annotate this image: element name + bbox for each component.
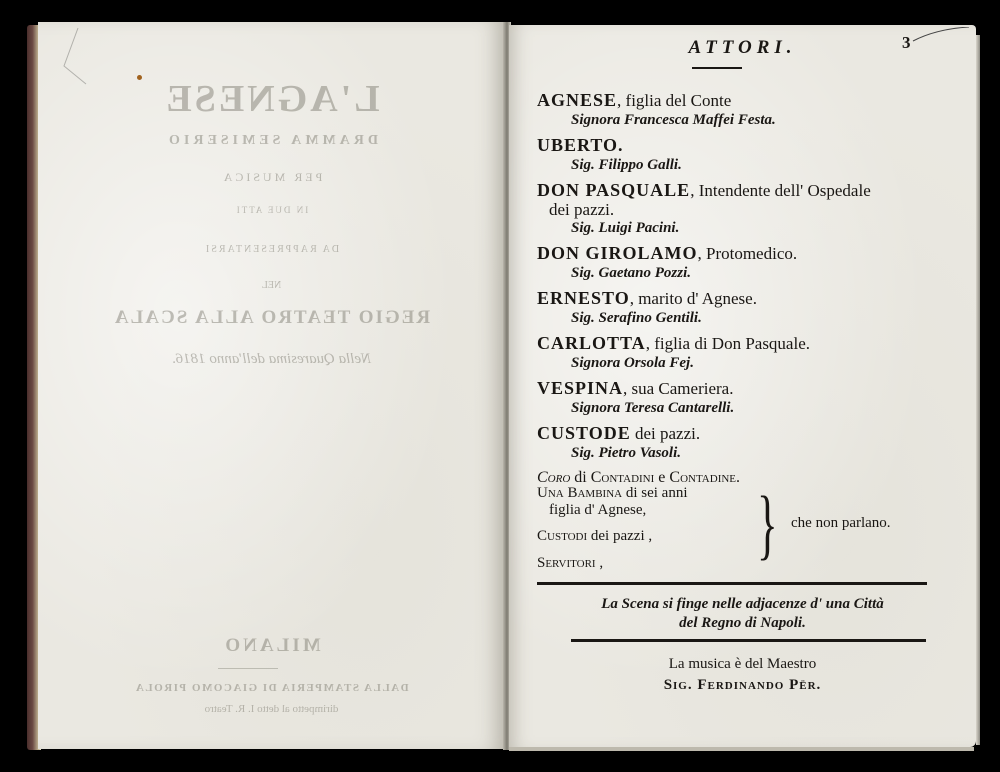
left-page: L'AGNESE DRAMMA SEMISERIO PER MUSICA IN … bbox=[38, 22, 505, 749]
role-name: VESPINA bbox=[537, 378, 623, 398]
cast-list: AGNESE, figlia del Conte Signora Frances… bbox=[537, 90, 957, 488]
cast-entry: UBERTO. Sig. Filippo Galli. bbox=[537, 135, 957, 174]
role-name: Una Bambina bbox=[537, 485, 622, 501]
bleed-line: NEL bbox=[38, 280, 505, 291]
composer-name: Sig. Ferdinando Për. bbox=[509, 675, 976, 696]
role-name: Servitori bbox=[537, 555, 596, 571]
cast-entry: AGNESE, figlia del Conte Signora Frances… bbox=[537, 90, 957, 129]
actor-name: Sig. Serafino Gentili. bbox=[537, 309, 957, 327]
bleed-printer: DALLA STAMPERIA DI GIACOMO PIROLA bbox=[38, 682, 505, 694]
role-description-continued: dei pazzi. bbox=[537, 201, 957, 219]
right-page: 3 ATTORI. AGNESE, figlia del Conte Signo… bbox=[509, 25, 976, 747]
cast-entry: VESPINA, sua Cameriera. Signora Teresa C… bbox=[537, 378, 957, 417]
crease-mark bbox=[48, 26, 128, 86]
bleed-line: PER MUSICA bbox=[38, 170, 505, 185]
scene-setting: La Scena si finge nelle adjacenze d' una… bbox=[509, 595, 976, 633]
bleed-printer-address: dirimpetto al detto I. R. Teatro bbox=[38, 703, 505, 715]
divider-rule bbox=[571, 639, 926, 642]
bleed-rule bbox=[218, 668, 278, 669]
role-description: , figlia di Don Pasquale. bbox=[646, 334, 810, 353]
bleed-theatre: REGIO TEATRO ALLA SCALA bbox=[38, 307, 505, 329]
role-description: , figlia del Conte bbox=[617, 91, 731, 110]
page-edge bbox=[976, 35, 980, 745]
role-description: , Intendente dell' Ospedale bbox=[690, 181, 871, 200]
chorus-label: Coro bbox=[537, 469, 570, 486]
role-description: dei pazzi. bbox=[631, 424, 700, 443]
non-speaking-role-cont: figlia d' Agnese, bbox=[549, 502, 646, 519]
scene-line: La Scena si finge nelle adjacenze d' una… bbox=[509, 595, 976, 614]
page-edge bbox=[509, 747, 974, 751]
role-description: dei pazzi , bbox=[587, 528, 652, 544]
bleed-subtitle: DRAMMA SEMISERIO bbox=[38, 133, 505, 149]
non-speaking-roles: Una Bambina di sei anni figlia d' Agnese… bbox=[537, 485, 957, 585]
chorus-text: di bbox=[570, 469, 590, 486]
actor-name: Sig. Luigi Pacini. bbox=[537, 219, 957, 237]
chorus-text: e bbox=[654, 469, 669, 486]
bleed-season: Nella Quaresima dell'anno 1816. bbox=[38, 351, 505, 368]
cast-entry: CARLOTTA, figlia di Don Pasquale. Signor… bbox=[537, 333, 957, 372]
music-line: La musica è del Maestro bbox=[509, 654, 976, 675]
non-speaking-role: Una Bambina di sei anni bbox=[537, 485, 688, 502]
bleed-line: DA RAPPRESENTARSI bbox=[38, 244, 505, 255]
actor-name: Sig. Pietro Vasoli. bbox=[537, 444, 957, 462]
actor-name: Signora Teresa Cantarelli. bbox=[537, 399, 957, 417]
actor-name: Signora Francesca Maffei Festa. bbox=[537, 111, 957, 129]
role-name: AGNESE bbox=[537, 90, 617, 110]
role-name: DON PASQUALE bbox=[537, 180, 690, 200]
actor-name: Sig. Gaetano Pozzi. bbox=[537, 264, 957, 282]
chorus-group: Contadini bbox=[591, 469, 655, 486]
role-description: , marito d' Agnese. bbox=[630, 289, 757, 308]
non-speaking-role: Servitori , bbox=[537, 555, 603, 572]
role-name: UBERTO. bbox=[537, 135, 624, 155]
role-name: CARLOTTA bbox=[537, 333, 646, 353]
music-credit: La musica è del Maestro Sig. Ferdinando … bbox=[509, 654, 976, 696]
chorus-group: Contadine. bbox=[669, 469, 740, 486]
cast-entry: DON PASQUALE, Intendente dell' Ospedale … bbox=[537, 180, 957, 237]
foxing-spot bbox=[137, 75, 142, 80]
role-name: ERNESTO bbox=[537, 288, 630, 308]
cast-entry: CUSTODE dei pazzi. Sig. Pietro Vasoli. bbox=[537, 423, 957, 462]
bleed-line: IN DUE ATTI bbox=[38, 205, 505, 215]
page-heading: ATTORI. bbox=[509, 37, 976, 59]
role-name: DON GIROLAMO bbox=[537, 243, 698, 263]
cast-entry: ERNESTO, marito d' Agnese. Sig. Serafino… bbox=[537, 288, 957, 327]
non-speaking-note: che non parlano. bbox=[791, 515, 891, 532]
role-description: , Protomedico. bbox=[698, 244, 798, 263]
actor-name: Sig. Filippo Galli. bbox=[537, 156, 957, 174]
role-description: , sua Cameriera. bbox=[623, 379, 733, 398]
divider-rule bbox=[537, 582, 927, 585]
curly-brace: } bbox=[757, 485, 778, 563]
bleed-city: MILANO bbox=[38, 635, 505, 657]
role-description: figlia d' Agnese, bbox=[549, 502, 646, 518]
role-description: di sei anni bbox=[622, 485, 687, 501]
role-name: Custodi bbox=[537, 528, 587, 544]
open-book: L'AGNESE DRAMMA SEMISERIO PER MUSICA IN … bbox=[0, 0, 1000, 772]
role-name: CUSTODE bbox=[537, 423, 631, 443]
role-description: , bbox=[596, 555, 604, 571]
heading-rule bbox=[692, 67, 742, 69]
scene-line: del Regno di Napoli. bbox=[509, 614, 976, 633]
non-speaking-role: Custodi dei pazzi , bbox=[537, 528, 652, 545]
actor-name: Signora Orsola Fej. bbox=[537, 354, 957, 372]
cast-entry: DON GIROLAMO, Protomedico. Sig. Gaetano … bbox=[537, 243, 957, 282]
